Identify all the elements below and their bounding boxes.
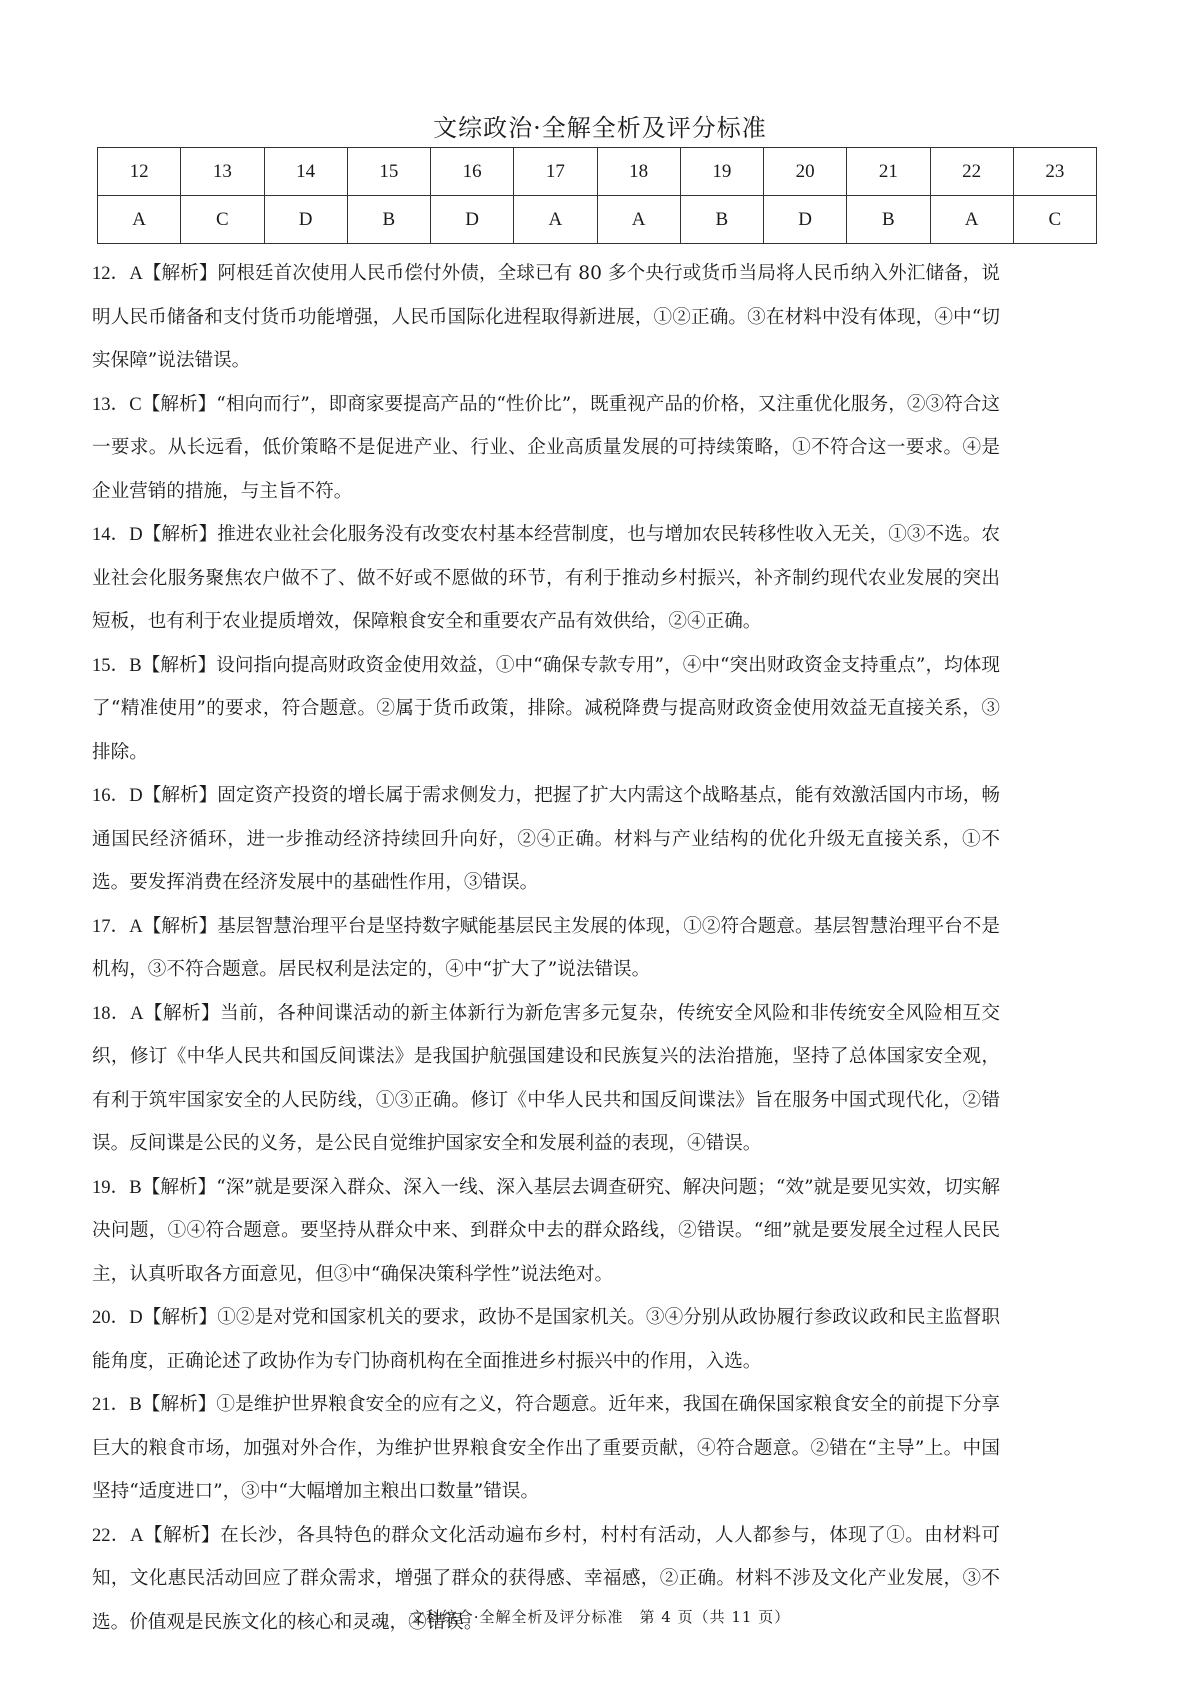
item-label: 19．B【解析】 [92, 1177, 216, 1198]
item-label: 13．C【解析】 [92, 394, 216, 415]
answer-letter: A [514, 196, 597, 244]
item-text: 推进农业社会化服务没有改变农村基本经营制度，也与增加农民转移性收入无关，①③不选… [92, 524, 1000, 632]
answer-letter: C [1013, 196, 1096, 244]
page-footer: 文科综合·全解全析及评分标准 第 4 页（共 11 页） [0, 1606, 1200, 1627]
analysis-list: 12．A【解析】阿根廷首次使用人民币偿付外债，全球已有 80 多个央行或货币当局… [92, 252, 1000, 1644]
answer-letter: D [264, 196, 347, 244]
question-number: 23 [1013, 148, 1096, 196]
page-title: 文综政治·全解全析及评分标准 [0, 108, 1200, 143]
item-text: 设问指向提高财政资金使用效益，①中“确保专款专用”，④中“突出财政资金支持重点”… [92, 655, 1000, 763]
item-label: 20．D【解析】 [92, 1307, 217, 1328]
item-label: 17．A【解析】 [92, 916, 217, 937]
question-number-row: 12 13 14 15 16 17 18 19 20 21 22 23 [98, 148, 1097, 196]
item-label: 16．D【解析】 [92, 785, 217, 806]
answer-letter: B [680, 196, 763, 244]
analysis-item-17: 17．A【解析】基层智慧治理平台是坚持数字赋能基层民主发展的体现，①②符合题意。… [92, 905, 1000, 992]
item-text: 当前，各种间谍活动的新主体新行为新危害多元复杂，传统安全风险和非传统安全风险相互… [92, 1003, 1000, 1155]
analysis-item-13: 13．C【解析】“相向而行”，即商家要提高产品的“性价比”，既重视产品的价格，又… [92, 383, 1000, 514]
item-label: 12．A【解析】 [92, 263, 218, 284]
question-number: 20 [764, 148, 847, 196]
question-number: 22 [930, 148, 1013, 196]
item-text: “深”就是要深入群众、深入一线、深入基层去调查研究、解决问题；“效”就是要见实效… [92, 1177, 1000, 1285]
analysis-item-15: 15．B【解析】设问指向提高财政资金使用效益，①中“确保专款专用”，④中“突出财… [92, 644, 1000, 775]
item-label: 22．A【解析】 [92, 1525, 220, 1546]
item-text: 阿根廷首次使用人民币偿付外债，全球已有 80 多个央行或货币当局将人民币纳入外汇… [92, 263, 1000, 371]
answer-letter: C [181, 196, 264, 244]
item-text: “相向而行”，即商家要提高产品的“性价比”，既重视产品的价格，又注重优化服务，②… [92, 394, 1000, 502]
analysis-item-14: 14．D【解析】推进农业社会化服务没有改变农村基本经营制度，也与增加农民转移性收… [92, 513, 1000, 644]
answer-letter: D [431, 196, 514, 244]
analysis-item-16: 16．D【解析】固定资产投资的增长属于需求侧发力，把握了扩大内需这个战略基点，能… [92, 774, 1000, 905]
item-label: 18．A【解析】 [92, 1003, 220, 1024]
analysis-item-12: 12．A【解析】阿根廷首次使用人民币偿付外债，全球已有 80 多个央行或货币当局… [92, 252, 1000, 383]
analysis-item-21: 21．B【解析】①是维护世界粮食安全的应有之义，符合题意。近年来，我国在确保国家… [92, 1383, 1000, 1514]
question-number: 15 [347, 148, 430, 196]
answer-row: A C D B D A A B D B A C [98, 196, 1097, 244]
item-label: 14．D【解析】 [92, 524, 217, 545]
question-number: 18 [597, 148, 680, 196]
item-text: ①是维护世界粮食安全的应有之义，符合题意。近年来，我国在确保国家粮食安全的前提下… [92, 1394, 1000, 1502]
answer-letter: B [847, 196, 930, 244]
item-text: 固定资产投资的增长属于需求侧发力，把握了扩大内需这个战略基点，能有效激活国内市场… [92, 785, 1000, 893]
question-number: 12 [98, 148, 181, 196]
analysis-item-18: 18．A【解析】当前，各种间谍活动的新主体新行为新危害多元复杂，传统安全风险和非… [92, 992, 1000, 1166]
analysis-item-20: 20．D【解析】①②是对党和国家机关的要求，政协不是国家机关。③④分别从政协履行… [92, 1296, 1000, 1383]
item-text: 基层智慧治理平台是坚持数字赋能基层民主发展的体现，①②符合题意。基层智慧治理平台… [92, 916, 1000, 981]
answer-letter: A [930, 196, 1013, 244]
question-number: 16 [431, 148, 514, 196]
answer-letter: D [764, 196, 847, 244]
question-number: 13 [181, 148, 264, 196]
answer-letter: B [347, 196, 430, 244]
answer-letter: A [597, 196, 680, 244]
answer-key-table: 12 13 14 15 16 17 18 19 20 21 22 23 A C … [97, 147, 1097, 244]
answer-letter: A [98, 196, 181, 244]
question-number: 14 [264, 148, 347, 196]
question-number: 17 [514, 148, 597, 196]
item-label: 15．B【解析】 [92, 655, 216, 676]
item-label: 21．B【解析】 [92, 1394, 216, 1415]
question-number: 21 [847, 148, 930, 196]
analysis-item-19: 19．B【解析】“深”就是要深入群众、深入一线、深入基层去调查研究、解决问题；“… [92, 1166, 1000, 1297]
question-number: 19 [680, 148, 763, 196]
item-text: ①②是对党和国家机关的要求，政协不是国家机关。③④分别从政协履行参政议政和民主监… [92, 1307, 1000, 1372]
